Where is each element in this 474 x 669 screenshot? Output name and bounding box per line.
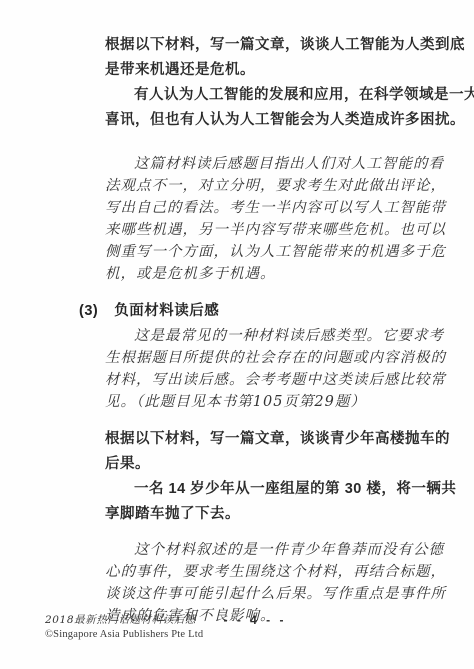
page-number: - - 4 - - xyxy=(200,613,310,627)
essay-prompt-bicycle: 根据以下材料，写一篇文章，谈谈青少年高楼抛车的 后果。 一名 14 岁少年从一座… xyxy=(105,427,450,527)
commentary-negative-material: 这是最常见的一种材料读后感类型。它要求考 生根据题目所提供的社会存在的问题或内容… xyxy=(105,325,450,413)
footer-publisher: ©Singapore Asia Publishers Pte Ltd xyxy=(45,627,203,643)
prompt-line: 根据以下材料，写一篇文章，谈谈人工智能为人类到底 xyxy=(105,33,450,58)
page-content: 根据以下材料，写一篇文章，谈谈人工智能为人类到底 是带来机遇还是危机。 有人认为… xyxy=(105,33,450,627)
page-footer: 2018最新热门话题材料读后感 ©Singapore Asia Publishe… xyxy=(0,613,474,647)
commentary-line: 这篇材料读后感题目指出人们对人工智能的看 xyxy=(105,153,450,175)
commentary-line: 心的事件，要求考生围绕这个材料，再结合标题， xyxy=(105,561,450,583)
prompt-line: 一名 14 岁少年从一座组屋的第 30 楼，将一辆共 xyxy=(105,477,450,502)
prompt-line: 喜讯，但也有人认为人工智能会为人类造成许多困扰。 xyxy=(105,108,450,133)
commentary-line: 侧重写一个方面，认为人工智能带来的机遇多于危 xyxy=(105,241,450,263)
commentary-line: 生根据题目所提供的社会存在的问题或内容消极的 xyxy=(105,347,450,369)
prompt-line: 后果。 xyxy=(105,452,450,477)
section-title: 负面材料读后感 xyxy=(114,301,219,321)
prompt-line: 是带来机遇还是危机。 xyxy=(105,58,450,83)
essay-prompt-ai: 根据以下材料，写一篇文章，谈谈人工智能为人类到底 是带来机遇还是危机。 有人认为… xyxy=(105,33,450,133)
commentary-line: 来哪些机遇，另一半内容写带来哪些危机。也可以 xyxy=(105,219,450,241)
prompt-line: 享脚踏车抛了下去。 xyxy=(105,502,450,527)
commentary-line: 机，或是危机多于机遇。 xyxy=(105,263,450,285)
document-page: 根据以下材料，写一篇文章，谈谈人工智能为人类到底 是带来机遇还是危机。 有人认为… xyxy=(0,0,474,669)
footer-left: 2018最新热门话题材料读后感 ©Singapore Asia Publishe… xyxy=(45,613,203,643)
commentary-line: 这个材料叙述的是一件青少年鲁莽而没有公德 xyxy=(105,539,450,561)
commentary-line: 谈谈这件事可能引起什么后果。写作重点是事件所 xyxy=(105,583,450,605)
commentary-line: 法观点不一，对立分明，要求考生对此做出评论， xyxy=(105,175,450,197)
prompt-line: 根据以下材料，写一篇文章，谈谈青少年高楼抛车的 xyxy=(105,427,450,452)
commentary-line: 这是最常见的一种材料读后感类型。它要求考 xyxy=(105,325,450,347)
commentary-line: 材料，写出读后感。会考考题中这类读后感比较常 xyxy=(105,369,450,391)
commentary-line: 写出自己的看法。考生一半内容可以写人工智能带 xyxy=(105,197,450,219)
prompt-line: 有人认为人工智能的发展和应用，在科学领域是一大 xyxy=(105,83,450,108)
section-number: (3) xyxy=(79,301,98,321)
section-heading-negative-material: (3) 负面材料读后感 xyxy=(79,301,450,321)
commentary-ai-analysis: 这篇材料读后感题目指出人们对人工智能的看 法观点不一，对立分明，要求考生对此做出… xyxy=(105,153,450,285)
footer-book-title: 2018最新热门话题材料读后感 xyxy=(45,613,203,627)
commentary-line: 见。（此题目见本书第105页第29题） xyxy=(105,391,450,413)
